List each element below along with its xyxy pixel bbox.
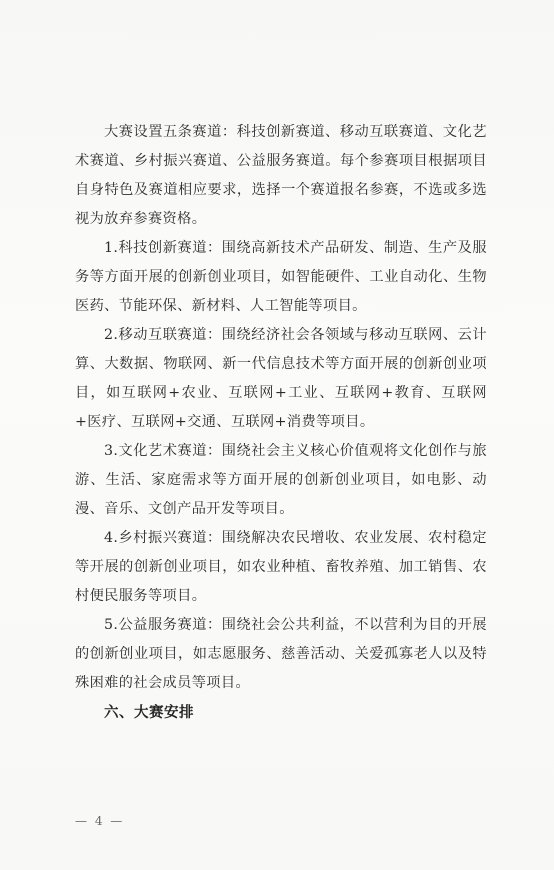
track-tech-innovation-paragraph: 1.科技创新赛道：围绕高新技术产品研发、制造、生产及服务等方面开展的创新创业项目…	[75, 234, 487, 321]
track-culture-art-paragraph: 3.文化艺术赛道：围绕社会主义核心价值观将文化创作与旅游、生活、家庭需求等方面开…	[75, 437, 487, 524]
section-heading: 六、大赛安排	[75, 698, 487, 728]
track-mobile-internet-paragraph: 2.移动互联赛道：围绕经济社会各领域与移动互联网、云计算、大数据、物联网、新一代…	[75, 321, 487, 437]
page-number: — 4 —	[75, 814, 124, 828]
document-body: 大赛设置五条赛道：科技创新赛道、移动互联赛道、文化艺术赛道、乡村振兴赛道、公益服…	[75, 118, 487, 728]
document-page: 大赛设置五条赛道：科技创新赛道、移动互联赛道、文化艺术赛道、乡村振兴赛道、公益服…	[0, 0, 554, 870]
track-public-service-paragraph: 5.公益服务赛道：围绕社会公共利益，不以营利为目的开展的创新创业项目，如志愿服务…	[75, 611, 487, 698]
track-rural-revitalization-paragraph: 4.乡村振兴赛道：围绕解决农民增收、农业发展、农村稳定等开展的创新创业项目，如农…	[75, 524, 487, 611]
intro-paragraph: 大赛设置五条赛道：科技创新赛道、移动互联赛道、文化艺术赛道、乡村振兴赛道、公益服…	[75, 118, 487, 234]
